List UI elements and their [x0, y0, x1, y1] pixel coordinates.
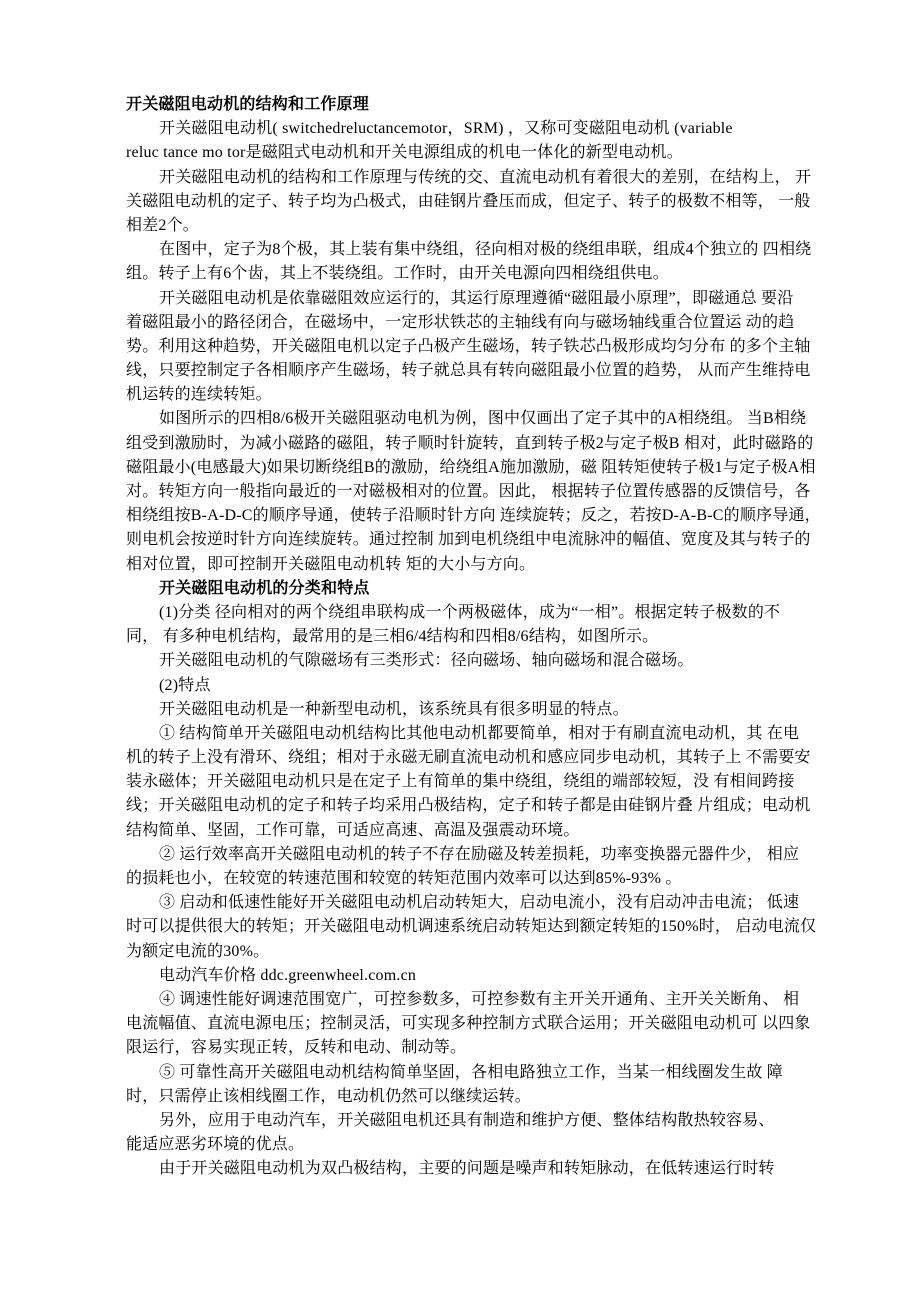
text-line: 组受到激励时，为减小磁路的磁阻，转子顺时针旋转，直到转子极2与定子极B 相对，此…: [126, 432, 806, 456]
text-line: 另外，应用于电动汽车，开关磁阻电机还具有制造和维护方便、整体结构散热较容易、: [126, 1109, 806, 1133]
text-line: 的损耗也小，在较宽的转速范围和较宽的转矩范围内效率可以达到85%-93% 。: [126, 867, 806, 891]
text-line: 由于开关磁阻电动机为双凸极结构，主要的问题是噪声和转矩脉动，在低转速运行时转: [126, 1157, 806, 1181]
text-line: 着磁阻最小的路径闭合，在磁场中，一定形状铁芯的主轴线有向与磁场轴线重合位置运 动…: [126, 311, 806, 335]
text-line: 能适应恶劣环境的优点。: [126, 1133, 806, 1157]
text-line: 磁阻最小(电感最大)如果切断绕组B的激励，给绕组A施加激励，磁 阻转矩使转子极1…: [126, 456, 806, 480]
doc-title: 开关磁阻电动机的结构和工作原理: [126, 93, 806, 117]
text-line: 对。转矩方向一般指向最近的一对磁极相对的位置。因此， 根据转子位置传感器的反馈信…: [126, 480, 806, 504]
section-heading: 开关磁阻电动机的分类和特点: [126, 577, 806, 601]
text-line: 装永磁体；开关磁阻电动机只是在定子上有简单的集中绕组，绕组的端部较短，没 有相间…: [126, 770, 806, 794]
text-line: 开关磁阻电动机的结构和工作原理与传统的交、直流电动机有着很大的差别，在结构上， …: [126, 166, 806, 190]
text-line: 限运行，容易实现正转，反转和电动、制动等。: [126, 1036, 806, 1060]
text-line: 开关磁阻电动机是一种新型电动机，该系统具有很多明显的特点。: [126, 698, 806, 722]
text-line: 相对位置，即可控制开关磁阻电动机转 矩的大小与方向。: [126, 553, 806, 577]
text-line: 同， 有多种电机结构，最常用的是三相6/4结构和四相8/6结构，如图所示。: [126, 625, 806, 649]
text-line: 为额定电流的30%。: [126, 940, 806, 964]
text-line: 势。利用这种趋势，开关磁阻电机以定子凸极产生磁场，转子铁芯凸极形成均匀分布 的多…: [126, 335, 806, 359]
text-line: 相绕组按B-A-D-C的顺序导通，使转子沿顺时针方向 连续旋转；反之，若按D-A…: [126, 504, 806, 528]
url-text-line: 电动汽车价格 ddc.greenwheel.com.cn: [126, 964, 806, 988]
text-line: 机运转的连续转矩。: [126, 383, 806, 407]
document-page: 开关磁阻电动机的结构和工作原理 开关磁阻电动机( switchedrelucta…: [0, 0, 920, 1302]
text-line: 时，只需停止该相线圈工作，电动机仍然可以继续运转。: [126, 1085, 806, 1109]
text-line: 线；开关磁阻电动机的定子和转子均采用凸极结构，定子和转子都是由硅钢片叠 片组成；…: [126, 794, 806, 818]
text-line: 电流幅值、直流电源电压；控制灵活，可实现多种控制方式联合运用；开关磁阻电动机可 …: [126, 1012, 806, 1036]
text-line: ① 结构简单开关磁阻电动机结构比其他电动机都要简单，相对于有刷直流电动机，其 在…: [126, 722, 806, 746]
text-line: (2)特点: [126, 674, 806, 698]
text-line: 则电机会按逆时针方向连续旋转。通过控制 加到电机绕组中电流脉冲的幅值、宽度及其与…: [126, 528, 806, 552]
text-line: 如图所示的四相8/6极开关磁阻驱动电机为例，图中仅画出了定子其中的A相绕组。 当…: [126, 407, 806, 431]
text-line: 结构简单、坚固，工作可靠，可适应高速、高温及强震动环境。: [126, 819, 806, 843]
text-line: 相差2个。: [126, 214, 806, 238]
text-line: ⑤ 可靠性高开关磁阻电动机结构简单坚固，各相电路独立工作，当某一相线圈发生故 障: [126, 1061, 806, 1085]
text-line: 机的转子上没有滑环、绕组；相对于永磁无刷直流电动机和感应同步电动机，其转子上 不…: [126, 746, 806, 770]
text-line: 开关磁阻电动机( switchedreluctancemotor，SRM) ，又…: [126, 117, 806, 141]
text-line: ② 运行效率高开关磁阻电动机的转子不存在励磁及转差损耗，功率变换器元器件少， 相…: [126, 843, 806, 867]
text-line: 开关磁阻电动机的气隙磁场有三类形式：径向磁场、轴向磁场和混合磁场。: [126, 649, 806, 673]
text-line: 关磁阻电动机的定子、转子均为凸极式，由硅钢片叠压而成，但定子、转子的极数不相等，…: [126, 190, 806, 214]
text-line: 线，只要控制定子各相顺序产生磁场，转子就总具有转向磁阻最小位置的趋势， 从而产生…: [126, 359, 806, 383]
text-line: 开关磁阻电动机是依靠磁阻效应运行的，其运行原理遵循“磁阻最小原理”，即磁通总 要…: [126, 287, 806, 311]
text-line: 在图中，定子为8个极，其上装有集中绕组，径向相对极的绕组串联，组成4个独立的 四…: [126, 238, 806, 262]
text-line: ③ 启动和低速性能好开关磁阻电动机启动转矩大，启动电流小，没有启动冲击电流； 低…: [126, 891, 806, 915]
text-line: (1)分类 径向相对的两个绕组串联构成一个两极磁体，成为“一相”。根据定转子极数…: [126, 601, 806, 625]
document-text-block: 开关磁阻电动机的结构和工作原理 开关磁阻电动机( switchedrelucta…: [126, 93, 806, 1181]
text-line: reluc tance mo tor是磁阻式电动机和开关电源组成的机电一体化的新…: [126, 141, 806, 165]
text-line: 时可以提供很大的转矩；开关磁阻电动机调速系统启动转矩达到额定转矩的150%时， …: [126, 915, 806, 939]
text-line: 组。转子上有6个齿，其上不装绕组。工作时，由开关电源向四相绕组供电。: [126, 262, 806, 286]
text-line: ④ 调速性能好调速范围宽广，可控参数多，可控参数有主开关开通角、主开关关断角、 …: [126, 988, 806, 1012]
